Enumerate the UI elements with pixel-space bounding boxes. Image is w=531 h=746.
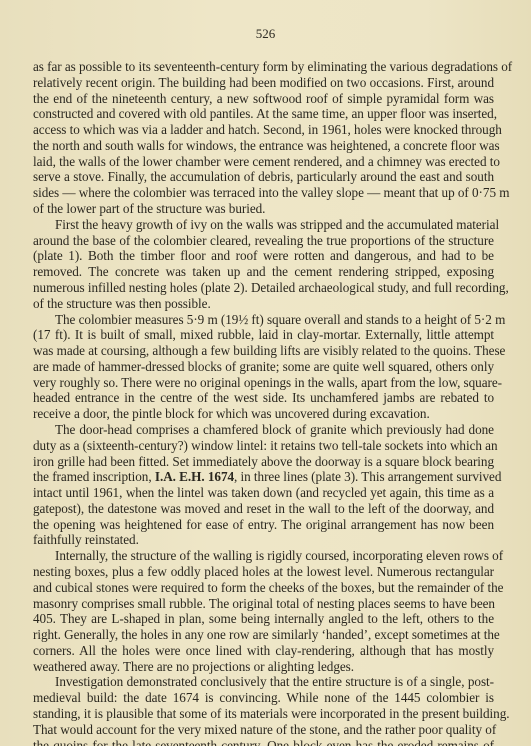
text-line: intact until 1961, when the lintel was t… — [33, 485, 494, 501]
text-line: headed entrance in the centre of the wes… — [33, 390, 494, 406]
text-line: of the lower part of the structure was b… — [33, 201, 494, 217]
text-line: Internally, the structure of the walling… — [33, 548, 494, 564]
text-line: corners. All the holes were once lined w… — [33, 643, 494, 659]
text-line: medieval build: the date 1674 is convinc… — [33, 690, 494, 706]
text-line: sides — where the colombier was terraced… — [33, 185, 494, 201]
paragraph: The colombier measures 5·9 m (19½ ft) sq… — [33, 312, 494, 422]
text-line: masonry comprises small rubble. The orig… — [33, 596, 494, 612]
text-line: removed. The concrete was taken up and t… — [33, 264, 494, 280]
text-line: numerous infilled nesting holes (plate 2… — [33, 280, 494, 296]
text-line: the quoins for the late seventeenth cent… — [33, 738, 494, 746]
text-line: iron grille had been fitted. Set immedia… — [33, 454, 494, 470]
text-line: That would account for the very mixed na… — [33, 722, 494, 738]
text-line: nesting boxes, plus a few oddly placed h… — [33, 564, 494, 580]
text-line: the framed inscription, I.A. E.H. 1674, … — [33, 469, 494, 485]
text-line: around the base of the colombier cleared… — [33, 233, 494, 249]
text-line: The colombier measures 5·9 m (19½ ft) sq… — [33, 312, 494, 328]
body-text: as far as possible to its seventeenth-ce… — [33, 59, 494, 746]
text-line: as far as possible to its seventeenth-ce… — [33, 59, 494, 75]
paragraph: as far as possible to its seventeenth-ce… — [33, 59, 494, 217]
paragraph: First the heavy growth of ivy on the wal… — [33, 217, 494, 312]
text-line: duty as a (sixteenth-century?) window li… — [33, 438, 494, 454]
text-line: serve a stove. Finally, the accumulation… — [33, 169, 494, 185]
text-line: very roughly so. There were no original … — [33, 375, 494, 391]
text-line: access to which was via a ladder and hat… — [33, 122, 494, 138]
text-line: right. Generally, the holes in any one r… — [33, 627, 494, 643]
text-line: the north and south walls for windows, t… — [33, 138, 494, 154]
text-line: (17 ft). It is built of small, mixed rub… — [33, 327, 494, 343]
text-line: faithfully reinstated. — [33, 532, 494, 548]
paragraph: The door-head comprises a chamfered bloc… — [33, 422, 494, 548]
text-line: of the structure was then possible. — [33, 296, 494, 312]
text-line: relatively recent origin. The building h… — [33, 75, 494, 91]
text-line: receive a door, the pintle block for whi… — [33, 406, 494, 422]
text-line: weathered away. There are no projections… — [33, 659, 494, 675]
text-line: was made at coursing, although a few bui… — [33, 343, 494, 359]
page-number: 526 — [0, 26, 531, 42]
text-line: standing, it is plausible that some of i… — [33, 706, 494, 722]
text-line: 405. They are L-shaped in plan, some bei… — [33, 611, 494, 627]
text-line: are made of hammer-dressed blocks of gra… — [33, 359, 494, 375]
text-line: First the heavy growth of ivy on the wal… — [33, 217, 494, 233]
text-line: Investigation demonstrated conclusively … — [33, 674, 494, 690]
inscription-text: I.A. E.H. 1674 — [155, 469, 234, 484]
document-page: 526 as far as possible to its seventeent… — [0, 0, 531, 746]
text-line: the opening was heightened for ease of e… — [33, 517, 494, 533]
text-line: constructed and covered with old pantile… — [33, 106, 494, 122]
text-line: gatepost), the datestone was moved and r… — [33, 501, 494, 517]
paragraph: Internally, the structure of the walling… — [33, 548, 494, 674]
text-line: (plate 1). Both the timber floor and roo… — [33, 248, 494, 264]
text-line: the end of the nineteenth century, a new… — [33, 91, 494, 107]
text-line: The door-head comprises a chamfered bloc… — [33, 422, 494, 438]
text-line: and cubical stones were required to form… — [33, 580, 494, 596]
text-line: laid, the walls of the lower chamber wer… — [33, 154, 494, 170]
paragraph: Investigation demonstrated conclusively … — [33, 674, 494, 746]
